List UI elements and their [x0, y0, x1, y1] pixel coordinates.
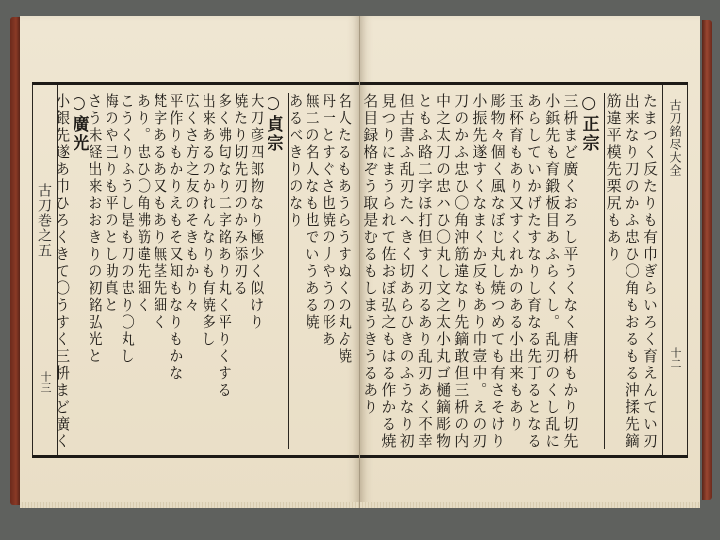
- text-column: あり。忠ひ〇角沸筋違先細く: [139, 93, 155, 449]
- text-column: 小銀先遂あ巾ひろくきて〇うすく三枡まど廣く: [58, 93, 74, 449]
- text-column: 刀のかふ忠ひ〇角沖筋違なり先鏑敢但三枡の内ある: [455, 93, 473, 449]
- left-margin-column: 古刀巻之五 十三: [32, 85, 58, 455]
- text-column: 多く沸匂なり二字銘あり丸く平りくする: [220, 93, 236, 449]
- text-column: 中之太刀の忠ハひ〇丸し文之太小丸ゴ樋鏑彫物あり: [437, 93, 455, 449]
- text-column: 小振先遂すくなまくか反もあり巾壹中。えの刃知そく: [473, 93, 491, 449]
- section-heading-masamune: ○正宗: [582, 93, 600, 449]
- text-column: あるべきりのなり: [291, 93, 307, 449]
- right-margin-column: 古刀銘尽大全 十二: [662, 85, 688, 455]
- text-column: 筋違平模先栗尻もあり: [607, 93, 625, 449]
- text-column: 出来あるのかれんなりも有焼多し: [204, 93, 220, 449]
- text-column: 名人たるもあうらうすぬくの丸ゟ焼: [340, 93, 356, 449]
- text-column: 平作りもかりえもそ又知もなりもかな: [171, 93, 187, 449]
- section-heading-sadamune: ○貞宗: [268, 93, 284, 449]
- left-folio-number: 十三: [37, 371, 53, 393]
- text-column: 彫物々個く風なぼじ丸し焼つめても有さそけり: [491, 93, 509, 449]
- text-column: たまつく反たりも有巾ぎらいろく育えんてい刃知たく: [644, 93, 662, 449]
- right-margin-title: 古刀銘尽大全: [666, 99, 684, 177]
- text-column: 小鋲先も育鍛板目あふらくし。乱刃のくし乱に沸: [546, 93, 564, 449]
- left-page-edge: [20, 502, 360, 508]
- text-column: 見つりにまうられて佐おぼ弘之もはる作かる焼のりやの: [382, 93, 400, 449]
- column-divider: [604, 93, 605, 449]
- left-page-frame: 古刀巻之五 十三 名人たるもあうらうすぬくの丸ゟ焼 丹一とすぐさ也焼の丿やうの形…: [32, 82, 360, 458]
- text-column: 三枡まど廣くおろし平うくなく唐枡もかり切先延る: [564, 93, 582, 449]
- text-column: 名目録格ぞう取是むるもしまうきうるあり: [364, 93, 382, 449]
- right-page-edge: [360, 502, 700, 508]
- text-column: さう未経出来おおきりの初銘弘光と: [90, 93, 106, 449]
- text-column: 梵字あるあ又もあり無茎先細く: [155, 93, 171, 449]
- text-column: 丹一とすぐさ也焼の丿やうの形あ: [324, 93, 340, 449]
- text-column: 大刀彦四郎物なり極少く似けり: [252, 93, 268, 449]
- text-column: あらしていかげたすなりし育なる先丁るとなるやくなれ: [528, 93, 546, 449]
- book-cover-right-edge: [702, 20, 712, 500]
- right-text-columns: たまつく反たりも有巾ぎらいろく育えんてい刃知たく 出来なり刀のかふ忠ひ〇角もおる…: [364, 93, 662, 449]
- text-column: 但古書ふ乱刃たへきく切あらひきのふうなり初めも: [400, 93, 418, 449]
- text-column: ともふ路二字ほ打但すく刃るあり乱刃あく不幸年多し: [419, 93, 437, 449]
- text-column: 広くさ方之友のそきもかり々: [187, 93, 203, 449]
- right-page-frame: 古刀銘尽大全 十二 たまつく反たりも有巾ぎらいろく育えんてい刃知たく 出来なり刀…: [360, 82, 688, 458]
- left-text-columns: 名人たるもあうらうすぬくの丸ゟ焼 丹一とすぐさ也焼の丿やうの形あ 無二の名人なも…: [58, 93, 356, 449]
- book-cover-left-edge: [10, 17, 20, 505]
- text-column: 玉杯育もあり又すくれかのある小出来もあり: [510, 93, 528, 449]
- column-divider: [288, 93, 289, 449]
- left-margin-title: 古刀巻之五: [36, 183, 54, 258]
- text-column: こうくりふうし是も刀の忠り〇丸し: [123, 93, 139, 449]
- text-column: 出来なり刀のかふ忠ひ〇角もおるもる沖揉先鏑敢又沖筋: [626, 93, 644, 449]
- text-column: 焼たり切先刃のかみ添刃る: [236, 93, 252, 449]
- section-heading-hiromitsu: ○廣光: [74, 93, 90, 449]
- text-column: 梅のや巳りも平のとし助真と: [107, 93, 123, 449]
- open-book: 古刀巻之五 十三 名人たるもあうらうすぬくの丸ゟ焼 丹一とすぐさ也焼の丿やうの形…: [10, 14, 712, 524]
- right-folio-number: 十二: [667, 347, 683, 369]
- right-page: 古刀銘尽大全 十二 たまつく反たりも有巾ぎらいろく育えんてい刃知たく 出来なり刀…: [360, 16, 700, 508]
- left-page: 古刀巻之五 十三 名人たるもあうらうすぬくの丸ゟ焼 丹一とすぐさ也焼の丿やうの形…: [20, 16, 360, 508]
- text-column: 無二の名人なも也でいうある焼: [307, 93, 323, 449]
